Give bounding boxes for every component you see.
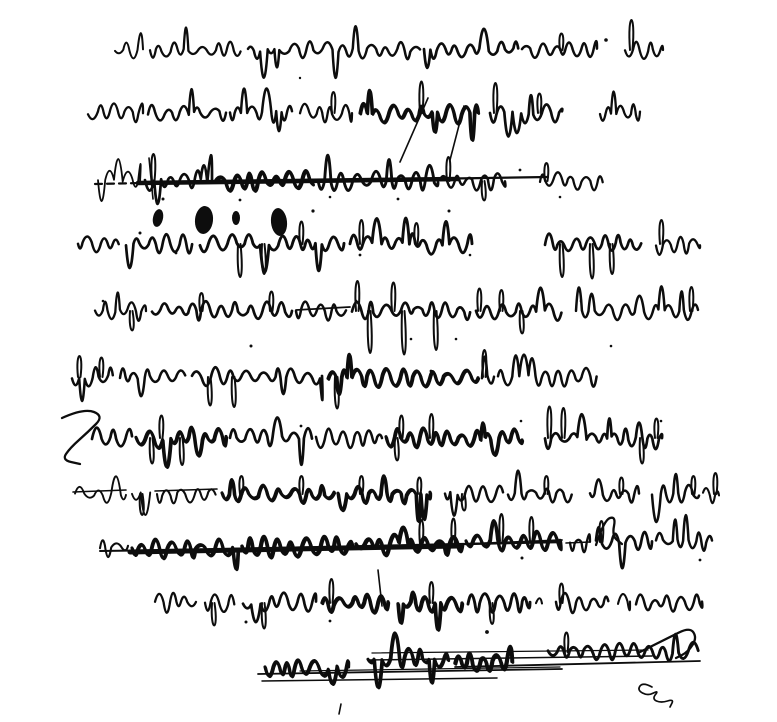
line-4 (78, 205, 700, 278)
ascender-stroke (159, 416, 163, 439)
handwriting-stroke (100, 540, 128, 557)
handwriting-stroke (540, 172, 603, 190)
descender-stroke (482, 181, 486, 201)
handwriting-stroke (115, 33, 143, 58)
ascender-stroke (331, 92, 335, 113)
handwriting-stroke (656, 515, 712, 551)
line-10 (155, 570, 702, 631)
ink-speckle (519, 169, 522, 172)
handwriting-stroke (350, 218, 472, 254)
ink-speckle (485, 630, 489, 634)
ink-speckle (162, 198, 165, 201)
ascender-stroke (299, 222, 303, 245)
ascender-stroke (99, 358, 103, 378)
ink-speckle (102, 300, 105, 303)
descender-stroke (262, 603, 266, 629)
ascender-stroke (429, 582, 433, 603)
ink-speckle (311, 209, 314, 212)
ascender-stroke (547, 407, 551, 439)
ink-speckle (559, 196, 562, 199)
ink-blot (232, 211, 240, 225)
ascender-stroke (493, 83, 497, 113)
ink-speckle (250, 345, 253, 348)
ascender-stroke (77, 356, 81, 377)
handwriting-stroke (318, 155, 438, 190)
line-9 (100, 514, 712, 570)
pen-slash-stroke (339, 704, 341, 714)
line-11 (258, 630, 700, 714)
handwriting-stroke (133, 540, 239, 570)
ascender-stroke (429, 414, 433, 438)
handwriting-stroke (536, 598, 542, 603)
ascender-stroke (482, 350, 486, 377)
ascender-stroke (477, 289, 481, 312)
ink-speckle (604, 38, 608, 42)
ink-speckle (300, 425, 303, 428)
ink-speckle (175, 252, 178, 255)
ink-speckle (580, 300, 583, 303)
handwriting-stroke (200, 235, 344, 273)
ink-speckle (329, 196, 332, 199)
handwriting-stroke (498, 355, 597, 387)
ink-speckle (521, 557, 524, 560)
ascender-stroke (689, 287, 693, 311)
handwriting-stroke (590, 479, 639, 502)
ascender-stroke (713, 473, 717, 494)
handwriting-stroke (230, 417, 312, 464)
line-5 (95, 281, 698, 355)
handwriting-stroke (424, 29, 518, 68)
ink-blot (151, 208, 165, 228)
ascender-stroke (544, 476, 548, 494)
handwriting-stroke (596, 527, 652, 568)
handwriting-stroke (399, 593, 463, 630)
ascender-stroke (417, 478, 421, 495)
handwriting-stroke (300, 104, 352, 122)
ink-speckle (699, 559, 702, 562)
descender-stroke (395, 438, 399, 461)
ink-speckle (245, 621, 248, 624)
handwriting-stroke (248, 26, 420, 78)
handwriting-stroke (357, 528, 463, 556)
ink-speckle (397, 198, 400, 201)
handwriting-stroke (78, 237, 119, 253)
ascender-stroke (561, 408, 565, 438)
ink-speckle (329, 620, 332, 623)
ink-speckle (448, 210, 451, 213)
handwriting-stroke (150, 28, 241, 58)
ascender-stroke (559, 34, 563, 51)
handwriting-svg (0, 0, 777, 722)
descender-stroke (212, 603, 216, 626)
handwriting-stroke (600, 91, 640, 120)
handwriting-stroke (576, 286, 698, 320)
handwriting-stroke (482, 357, 494, 384)
handwriting-stroke (205, 594, 234, 611)
handwriting-stroke (95, 293, 146, 321)
line-6 (72, 350, 597, 409)
ink-speckle (520, 420, 523, 423)
pen-flourish (62, 411, 100, 464)
handwriting-stroke (490, 95, 562, 136)
handwriting-stroke (468, 594, 530, 613)
handwriting-stroke (243, 593, 316, 622)
manuscript-page: Scanned handwritten manuscript page; ele… (0, 0, 777, 722)
descender-stroke (402, 311, 406, 355)
handwriting-stroke (88, 103, 143, 122)
ascender-stroke (329, 579, 333, 603)
ink-speckle (469, 254, 472, 257)
ascender-stroke (391, 283, 395, 312)
ascender-stroke (659, 220, 663, 244)
ink-speckle (299, 77, 301, 79)
handwriting-stroke (98, 159, 141, 201)
line-1 (115, 20, 663, 78)
ascender-stroke (629, 20, 633, 50)
ascender-stroke (654, 419, 658, 439)
pen-slash-stroke (450, 106, 464, 160)
handwriting-stroke (148, 89, 226, 121)
ascender-stroke (564, 633, 568, 653)
ink-speckle (355, 300, 358, 303)
line-7 (62, 407, 662, 468)
ascender-stroke (355, 281, 359, 311)
handwriting-stroke (92, 428, 132, 447)
ink-speckle (455, 338, 458, 341)
handwriting-stroke (618, 594, 630, 610)
descender-stroke (150, 438, 154, 464)
strikethrough-stroke (95, 183, 142, 184)
handwriting-stroke (316, 429, 382, 448)
strikethrough-stroke (566, 542, 590, 543)
ink-speckle (239, 199, 242, 202)
ink-speckle (660, 420, 663, 423)
descender-stroke (238, 244, 242, 277)
handwriting-stroke (120, 368, 185, 396)
handwriting-stroke (126, 234, 192, 268)
handwriting-stroke (296, 302, 346, 321)
descender-stroke (232, 377, 236, 407)
ascender-stroke (529, 517, 533, 541)
descender-stroke (368, 311, 372, 353)
ascender-stroke (544, 163, 548, 181)
line-2 (88, 82, 640, 163)
pen-slash-stroke (400, 98, 428, 162)
descender-stroke (610, 244, 614, 274)
handwriting-stroke (445, 486, 503, 516)
handwriting-stroke (387, 424, 523, 456)
ink-speckle (610, 345, 613, 348)
handwriting-stroke (476, 288, 561, 321)
descender-stroke (180, 438, 184, 465)
descender-stroke (560, 244, 564, 277)
descender-stroke (590, 244, 594, 279)
ink-speckle (359, 254, 362, 257)
ink-speckle (139, 232, 142, 235)
strikethrough-stroke (73, 490, 126, 492)
handwriting-stroke (636, 595, 702, 612)
ascender-stroke (499, 290, 503, 311)
descender-stroke (130, 311, 134, 331)
ink-blot (194, 205, 215, 235)
strikethrough-stroke (155, 489, 217, 491)
handwriting-stroke (329, 355, 479, 394)
handwriting-stroke (230, 89, 292, 132)
ascender-stroke (151, 154, 155, 181)
handwriting-stroke (152, 301, 292, 320)
ascender-stroke (499, 514, 503, 541)
handwriting-stroke (467, 522, 562, 552)
ascender-stroke (359, 220, 363, 244)
signature-paraph (639, 684, 673, 707)
ascender-stroke (299, 476, 303, 494)
ink-blot (270, 207, 289, 237)
handwriting-stroke (508, 471, 572, 503)
ascender-stroke (537, 94, 541, 114)
handwriting-stroke (386, 423, 522, 455)
line-8 (73, 471, 719, 522)
ink-speckle (430, 370, 433, 373)
ink-speckle (410, 338, 413, 341)
handwriting-stroke (155, 593, 196, 613)
line-3 (95, 154, 603, 204)
